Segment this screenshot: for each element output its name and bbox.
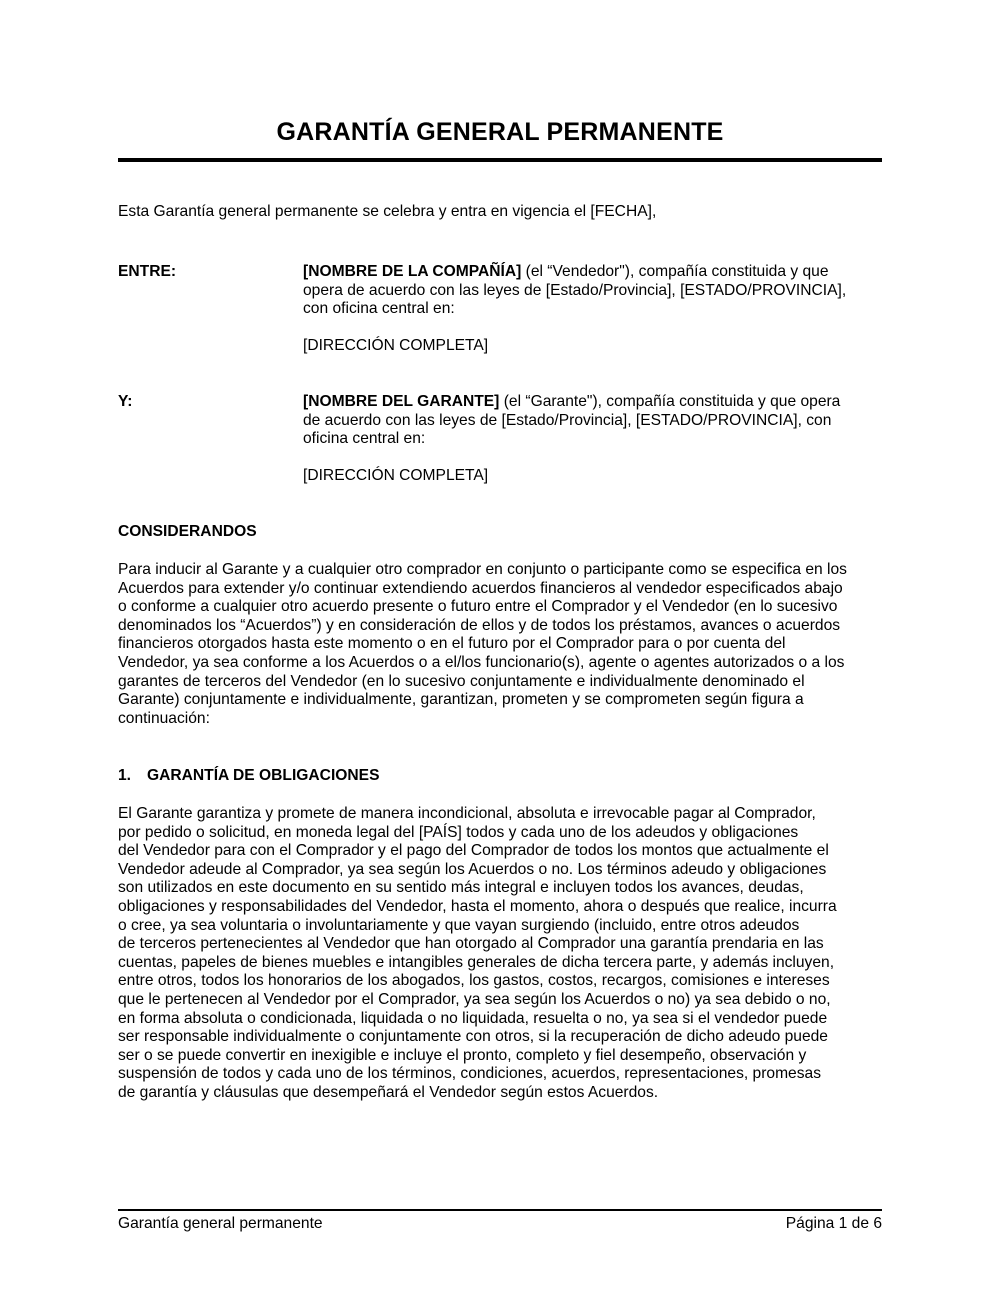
party-name-guarantor: [NOMBRE DEL GARANTE] <box>303 393 499 410</box>
section-title: GARANTÍA DE OBLIGACIONES <box>147 767 379 784</box>
party-address-guarantor: [DIRECCIÓN COMPLETA] <box>303 467 488 486</box>
document-page: GARANTÍA GENERAL PERMANENTE Esta Garantí… <box>0 0 1000 1290</box>
footer-page-number: Página 1 de 6 <box>786 1215 882 1234</box>
section-heading-1: 1.GARANTÍA DE OBLIGACIONES <box>118 767 379 786</box>
party-description-guarantor: [NOMBRE DEL GARANTE] (el “Garante"), com… <box>303 393 840 449</box>
intro-paragraph: Esta Garantía general permanente se cele… <box>118 203 656 222</box>
party-label-seller: ENTRE: <box>118 263 176 282</box>
section-number: 1. <box>118 767 147 786</box>
section-paragraph-1: El Garante garantiza y promete de manera… <box>118 805 837 1103</box>
party-address-seller: [DIRECCIÓN COMPLETA] <box>303 337 488 356</box>
party-label-guarantor: Y: <box>118 393 132 412</box>
party-name-seller: [NOMBRE DE LA COMPAÑÍA] <box>303 263 521 280</box>
party-description-seller: [NOMBRE DE LA COMPAÑÍA] (el “Vendedor"),… <box>303 263 846 319</box>
document-title: GARANTÍA GENERAL PERMANENTE <box>118 113 882 151</box>
footer-divider <box>118 1209 882 1211</box>
footer-document-name: Garantía general permanente <box>118 1215 323 1234</box>
recitals-paragraph: Para inducir al Garante y a cualquier ot… <box>118 561 847 728</box>
recitals-heading: CONSIDERANDOS <box>118 523 257 542</box>
title-divider <box>118 158 882 162</box>
